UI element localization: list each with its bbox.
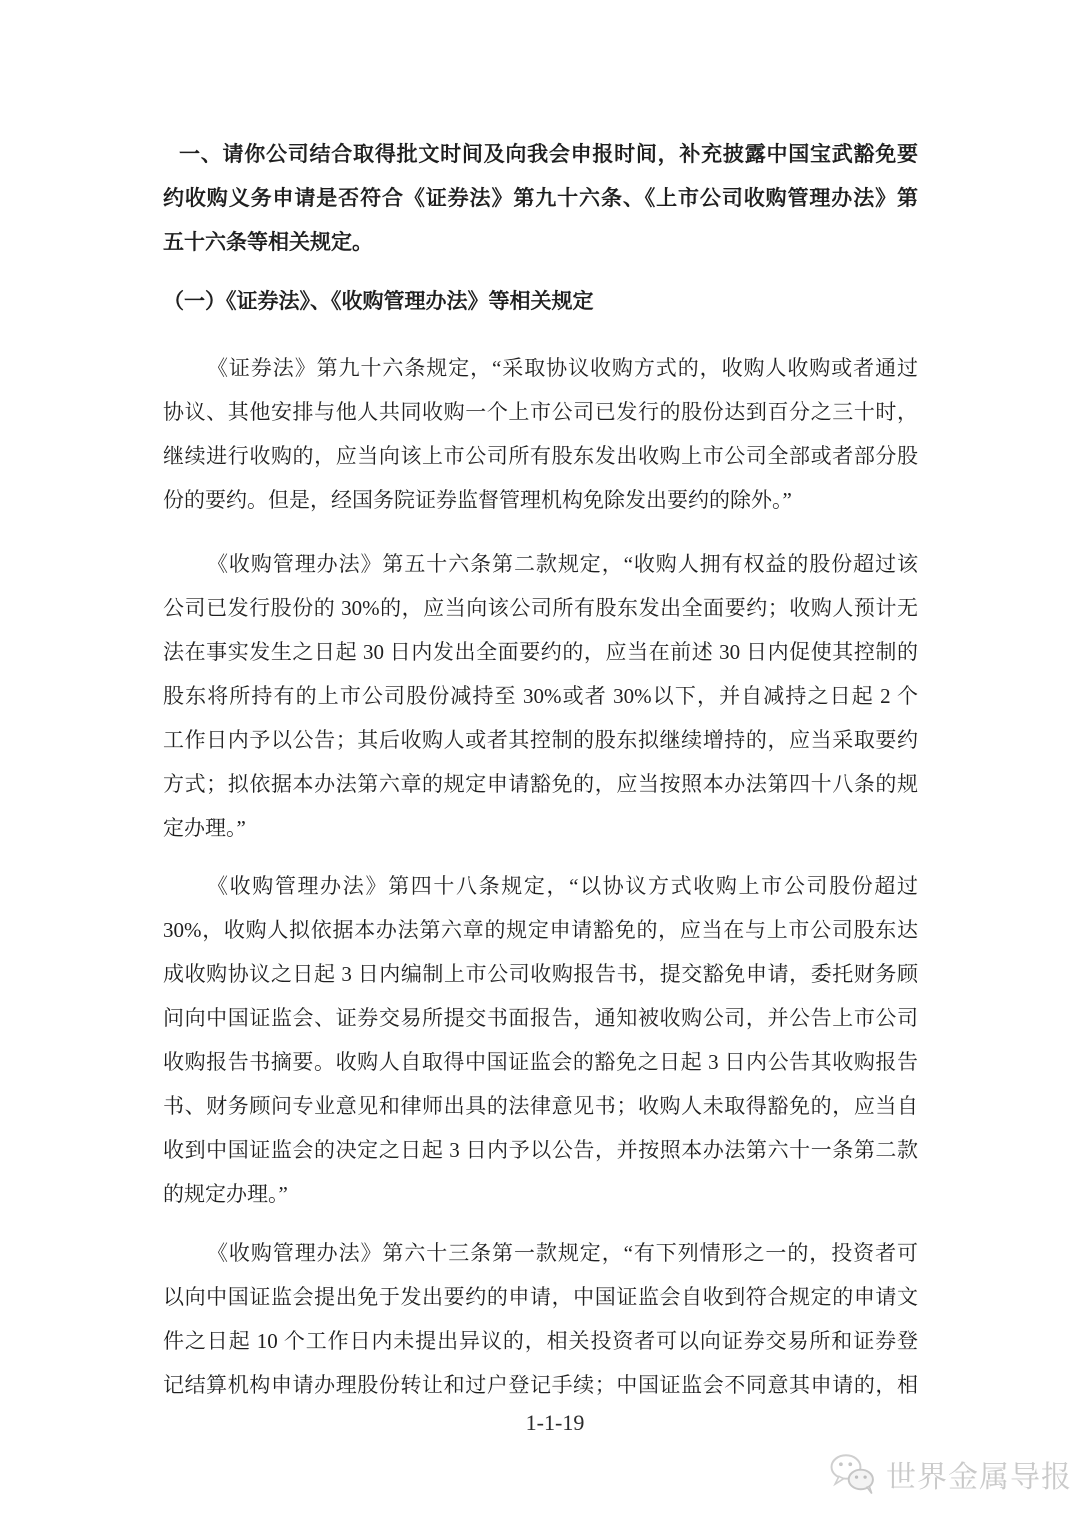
text-line: 定办理。” [163, 806, 918, 850]
text-line: 公司已发行股份的 30%的，应当向该公司所有股东发出全面要约；收购人预计无 [163, 586, 918, 630]
text-line: 收到中国证监会的决定之日起 3 日内予以公告，并按照本办法第六十一条第二款 [163, 1128, 918, 1172]
text-line: 的规定办理。” [163, 1172, 918, 1216]
paragraph: 《收购管理办法》第六十三条第一款规定，“有下列情形之一的，投资者可 以向中国证监… [163, 1231, 918, 1407]
text-line: 《收购管理办法》第四十八条规定，“以协议方式收购上市公司股份超过 [163, 864, 918, 908]
text-line: 件之日起 10 个工作日内未提出异议的，相关投资者可以向证券交易所和证券登 [163, 1319, 918, 1363]
text-line: 《收购管理办法》第六十三条第一款规定，“有下列情形之一的，投资者可 [163, 1231, 918, 1275]
text-block: 一、请你公司结合取得批文时间及向我会申报时间，补充披露中国宝武豁免要 约收购义务… [163, 132, 918, 1407]
text-line: 一、请你公司结合取得批文时间及向我会申报时间，补充披露中国宝武豁免要 [163, 132, 918, 176]
paragraph: 《证券法》第九十六条规定，“采取协议收购方式的，收购人收购或者通过 协议、其他安… [163, 346, 918, 522]
text-line: 协议、其他安排与他人共同收购一个上市公司已发行的股份达到百分之三十时， [163, 390, 918, 434]
text-line: 继续进行收购的，应当向该上市公司所有股东发出收购上市公司全部或者部分股 [163, 434, 918, 478]
text-line: 《收购管理办法》第五十六条第二款规定，“收购人拥有权益的股份超过该 [163, 542, 918, 586]
text-line: 方式；拟依据本办法第六章的规定申请豁免的，应当按照本办法第四十八条的规 [163, 762, 918, 806]
wechat-icon [828, 1452, 878, 1496]
text-line: 以向中国证监会提出免于发出要约的申请，中国证监会自收到符合规定的申请文 [163, 1275, 918, 1319]
document-page: 一、请你公司结合取得批文时间及向我会申报时间，补充披露中国宝武豁免要 约收购义务… [0, 0, 1080, 1527]
text-line: 五十六条等相关规定。 [163, 220, 918, 264]
watermark-text: 世界金属导报 [886, 1452, 1072, 1496]
paragraph: 《收购管理办法》第四十八条规定，“以协议方式收购上市公司股份超过 30%，收购人… [163, 864, 918, 1216]
text-line: 30%，收购人拟依据本办法第六章的规定申请豁免的，应当在与上市公司股东达 [163, 908, 918, 952]
text-line: 书、财务顾问专业意见和律师出具的法律意见书；收购人未取得豁免的，应当自 [163, 1084, 918, 1128]
watermark: 世界金属导报 [828, 1448, 1072, 1500]
paragraph: 《收购管理办法》第五十六条第二款规定，“收购人拥有权益的股份超过该 公司已发行股… [163, 542, 918, 850]
question-heading: 一、请你公司结合取得批文时间及向我会申报时间，补充披露中国宝武豁免要 约收购义务… [163, 132, 918, 264]
text-line: 成收购协议之日起 3 日内编制上市公司收购报告书，提交豁免申请，委托财务顾 [163, 952, 918, 996]
text-line: 约收购义务申请是否符合《证券法》第九十六条、《上市公司收购管理办法》第 [163, 176, 918, 220]
section-heading: （一）《证券法》、《收购管理办法》等相关规定 [163, 279, 918, 323]
text-line: 法在事实发生之日起 30 日内发出全面要约的，应当在前述 30 日内促使其控制的 [163, 630, 918, 674]
text-line: 问向中国证监会、证券交易所提交书面报告，通知被收购公司，并公告上市公司 [163, 996, 918, 1040]
text-line: 收购报告书摘要。收购人自取得中国证监会的豁免之日起 3 日内公告其收购报告 [163, 1040, 918, 1084]
text-line: 份的要约。但是，经国务院证券监督管理机构免除发出要约的除外。” [163, 478, 918, 522]
text-line: 《证券法》第九十六条规定，“采取协议收购方式的，收购人收购或者通过 [163, 346, 918, 390]
text-line: 股东将所持有的上市公司股份减持至 30%或者 30%以下，并自减持之日起 2 个 [163, 674, 918, 718]
page-number: 1-1-19 [0, 1401, 1080, 1445]
text-line: 工作日内予以公告；其后收购人或者其控制的股东拟继续增持的，应当采取要约 [163, 718, 918, 762]
